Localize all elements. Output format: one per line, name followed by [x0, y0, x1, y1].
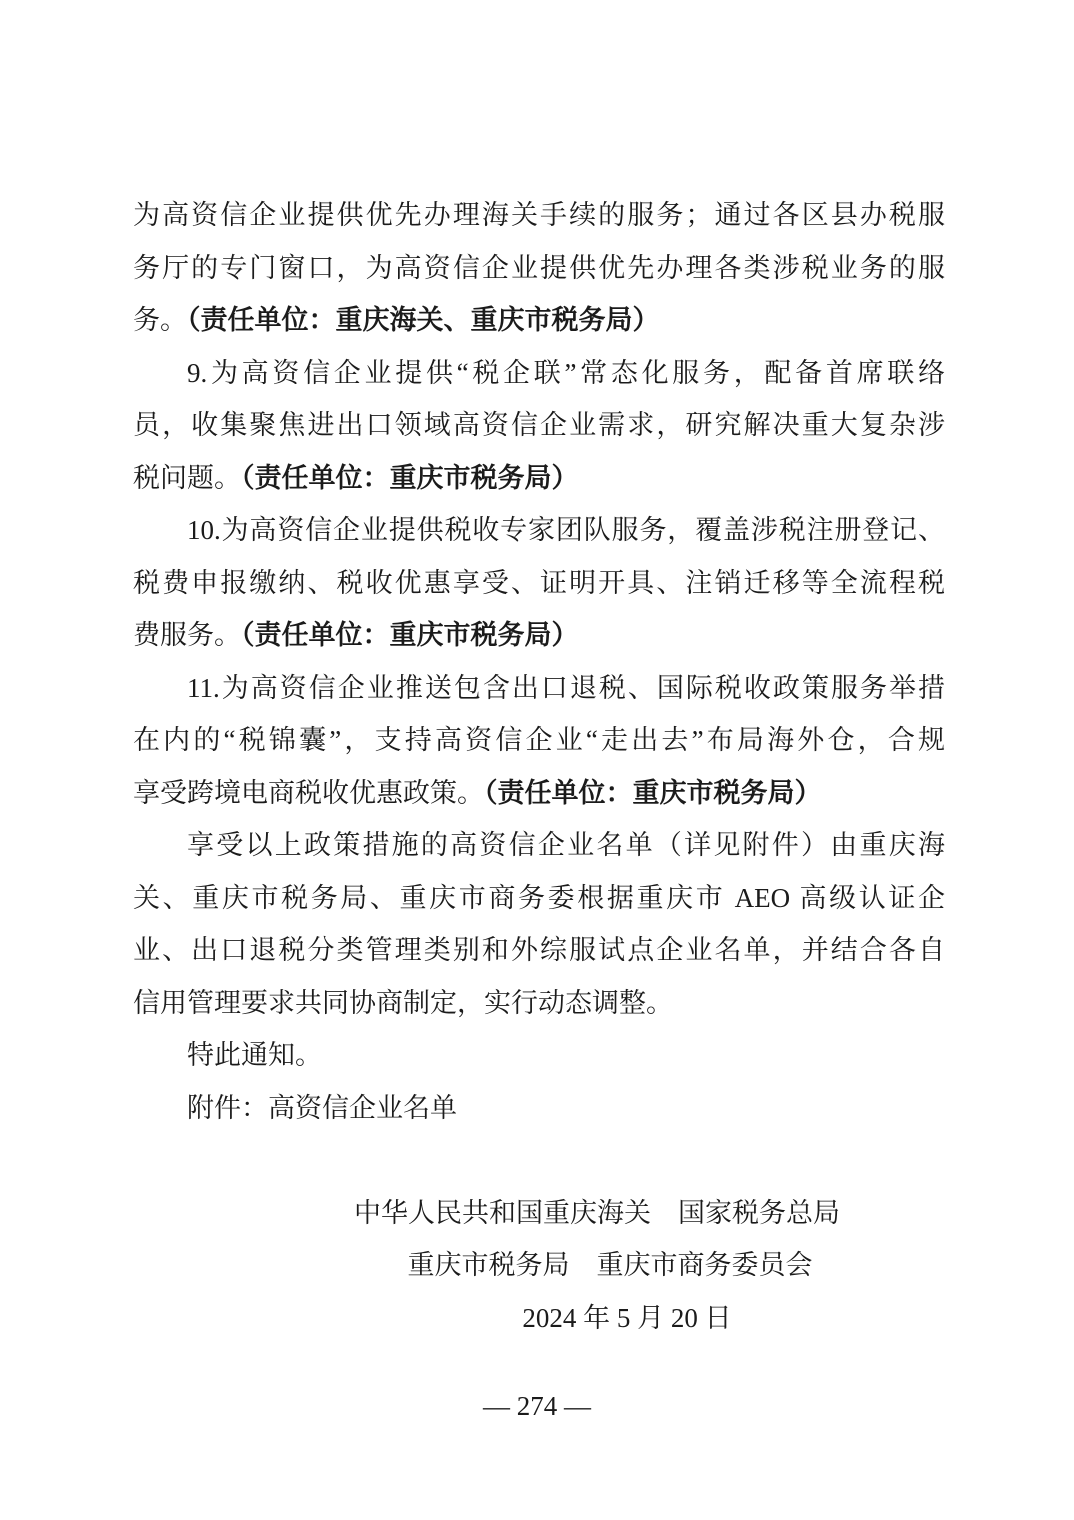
text-line: 信用管理要求共同协商制定，实行动态调整。: [133, 977, 945, 1030]
text-line: 务。（责任单位：重庆海关、重庆市税务局）: [133, 294, 945, 347]
text-run: 税费申报缴纳、税收优惠享受、证明开具、注销迁移等全流程税: [133, 568, 945, 598]
responsibility-unit: （责任单位：重庆市税务局）: [484, 778, 822, 808]
text-run: 享受以上政策措施的高资信企业名单（详见附件）由重庆海: [187, 830, 945, 860]
paragraph: 享受以上政策措施的高资信企业名单（详见附件）由重庆海关、重庆市税务局、重庆市商务…: [133, 819, 945, 1029]
signature-agencies-line-2: 重庆市税务局 重庆市商务委员会: [204, 1239, 1016, 1292]
text-line: 费服务。（责任单位：重庆市税务局）: [133, 609, 945, 662]
text-run: 费服务。: [133, 620, 241, 650]
spacer: [133, 1134, 945, 1187]
document-page: 为高资信企业提供优先办理海关手续的服务；通过各区县办税服务厅的专门窗口，为高资信…: [0, 0, 1074, 1520]
text-line: 务厅的专门窗口，为高资信企业提供优先办理各类涉税业务的服: [133, 242, 945, 295]
text-run: 务厅的专门窗口，为高资信企业提供优先办理各类涉税业务的服: [133, 253, 945, 283]
paragraph: 特此通知。: [133, 1029, 945, 1082]
responsibility-unit: （责任单位：重庆海关、重庆市税务局）: [187, 305, 660, 335]
signature-date: 2024 年 5 月 20 日: [221, 1292, 1033, 1345]
paragraph: 为高资信企业提供优先办理海关手续的服务；通过各区县办税服务厅的专门窗口，为高资信…: [133, 189, 945, 347]
text-line: 业、出口退税分类管理类别和外综服试点企业名单，并结合各自: [133, 924, 945, 977]
text-line: 特此通知。: [133, 1029, 945, 1082]
paragraph: 11.为高资信企业推送包含出口退税、国际税收政策服务举措在内的“税锦囊”，支持高…: [133, 662, 945, 820]
text-line: 附件：高资信企业名单: [133, 1082, 945, 1135]
paragraph: 附件：高资信企业名单: [133, 1082, 945, 1135]
signature-block: 中华人民共和国重庆海关 国家税务总局 重庆市税务局 重庆市商务委员会 2024 …: [133, 1187, 945, 1345]
text-line: 税费申报缴纳、税收优惠享受、证明开具、注销迁移等全流程税: [133, 557, 945, 610]
text-line: 享受以上政策措施的高资信企业名单（详见附件）由重庆海: [133, 819, 945, 872]
text-run: 享受跨境电商税收优惠政策。: [133, 778, 484, 808]
text-line: 税问题。（责任单位：重庆市税务局）: [133, 452, 945, 505]
text-run: 在内的“税锦囊”，支持高资信企业“走出去”布局海外仓，合规: [133, 725, 945, 755]
text-run: 为高资信企业提供优先办理海关手续的服务；通过各区县办税服: [133, 200, 945, 230]
text-line: 9.为高资信企业提供“税企联”常态化服务，配备首席联络: [133, 347, 945, 400]
text-run: 信用管理要求共同协商制定，实行动态调整。: [133, 988, 673, 1018]
text-run: 关、重庆市税务局、重庆市商务委根据重庆市 AEO 高级认证企: [133, 883, 945, 913]
text-line: 关、重庆市税务局、重庆市商务委根据重庆市 AEO 高级认证企: [133, 872, 945, 925]
text-run: 10.为高资信企业提供税收专家团队服务，覆盖涉税注册登记、: [187, 515, 945, 545]
paragraphs: 为高资信企业提供优先办理海关手续的服务；通过各区县办税服务厅的专门窗口，为高资信…: [133, 189, 945, 1134]
text-line: 在内的“税锦囊”，支持高资信企业“走出去”布局海外仓，合规: [133, 714, 945, 767]
text-line: 11.为高资信企业推送包含出口退税、国际税收政策服务举措: [133, 662, 945, 715]
document-body: 为高资信企业提供优先办理海关手续的服务；通过各区县办税服务厅的专门窗口，为高资信…: [133, 189, 945, 1344]
text-line: 享受跨境电商税收优惠政策。（责任单位：重庆市税务局）: [133, 767, 945, 820]
text-run: 业、出口退税分类管理类别和外综服试点企业名单，并结合各自: [133, 935, 945, 965]
text-run: 11.为高资信企业推送包含出口退税、国际税收政策服务举措: [187, 673, 945, 703]
text-run: 务。: [133, 305, 187, 335]
text-run: 员，收集聚焦进出口领域高资信企业需求，研究解决重大复杂涉: [133, 410, 945, 440]
text-run: 特此通知。: [187, 1040, 322, 1070]
text-line: 员，收集聚焦进出口领域高资信企业需求，研究解决重大复杂涉: [133, 399, 945, 452]
paragraph: 10.为高资信企业提供税收专家团队服务，覆盖涉税注册登记、税费申报缴纳、税收优惠…: [133, 504, 945, 662]
text-line: 为高资信企业提供优先办理海关手续的服务；通过各区县办税服: [133, 189, 945, 242]
page-number: — 274 —: [0, 1386, 1074, 1426]
paragraph: 9.为高资信企业提供“税企联”常态化服务，配备首席联络员，收集聚焦进出口领域高资…: [133, 347, 945, 505]
responsibility-unit: （责任单位：重庆市税务局）: [241, 463, 579, 493]
text-line: 10.为高资信企业提供税收专家团队服务，覆盖涉税注册登记、: [133, 504, 945, 557]
signature-agencies-line-1: 中华人民共和国重庆海关 国家税务总局: [191, 1187, 1003, 1240]
responsibility-unit: （责任单位：重庆市税务局）: [241, 620, 579, 650]
text-run: 税问题。: [133, 463, 241, 493]
text-run: 9.为高资信企业提供“税企联”常态化服务，配备首席联络: [187, 358, 945, 388]
text-run: 附件：高资信企业名单: [187, 1093, 457, 1123]
